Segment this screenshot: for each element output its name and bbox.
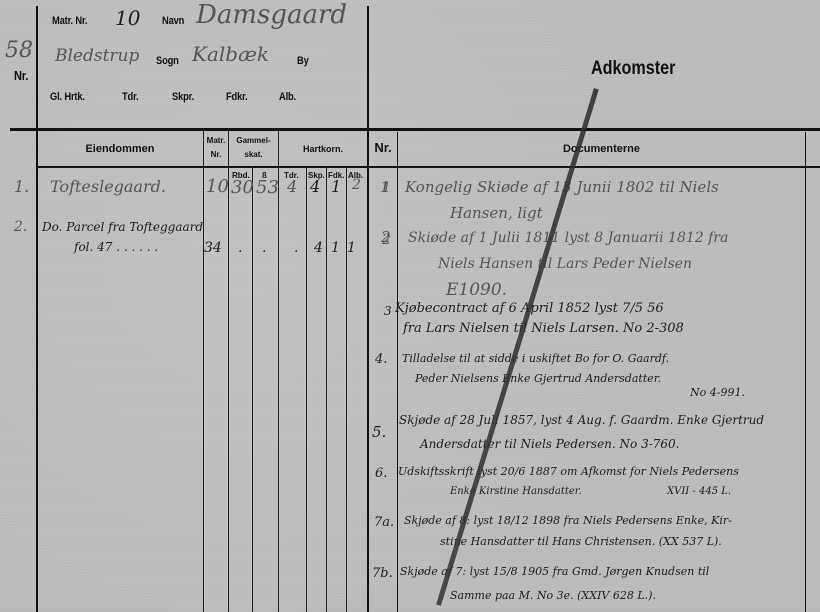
entry-line: Peder Nielsens Enke Gjertrud Andersdatte… [415, 372, 661, 385]
navn-label: Navn [162, 15, 184, 27]
row-skp: 4 [310, 177, 320, 196]
entry-line: No 4-991. [690, 386, 745, 399]
entry-line: Andersdatter til Niels Pedersen. No 3-76… [420, 437, 680, 451]
header-bottom-rule [10, 128, 820, 131]
col-header-gammelskat: Gammel-skat. [229, 134, 278, 162]
col-header-hartkorn: Hartkorn. [279, 143, 367, 156]
col-rule [252, 166, 253, 612]
row-fdk: 1 [331, 177, 341, 196]
col-rule [203, 131, 204, 612]
entry-nr: 7a. [374, 515, 394, 530]
by-label: By [297, 55, 309, 67]
entry-nr: 5. [372, 423, 386, 441]
row-eiendom-line2: fol. 47 . . . . . . [74, 240, 158, 254]
sogn-value: Kalbæk [192, 42, 269, 66]
row-alb: 2 [352, 177, 361, 193]
entry-line: Hansen, ligt [450, 204, 543, 222]
row-skill: 53 [256, 177, 279, 198]
ledger-page: 58 Nr. Matr. Nr. 10 Navn Damsgaard Bleds… [0, 0, 820, 612]
sogn-label: Sogn [156, 55, 179, 67]
row-alb: 1 [347, 240, 356, 256]
matr-nr-label: Matr. Nr. [52, 15, 87, 27]
skpr-label: Skpr. [172, 91, 194, 103]
row-tdr: . [294, 240, 298, 256]
gl-hrtk-label: Gl. Hrtk. [50, 91, 85, 103]
row-eiendom: Do. Parcel fra Tofteggaard [42, 220, 203, 234]
col-header-matr-nr: Matr. Nr. [204, 134, 228, 162]
right-rule [805, 132, 806, 612]
entry-line: E1090. [446, 280, 507, 300]
entry-nr: 7b. [372, 566, 393, 581]
entry-nr: 4. [375, 352, 387, 367]
left-margin-rule [36, 6, 38, 612]
row-matr: 34 [204, 240, 222, 256]
col-rule [326, 166, 327, 612]
col-rule [306, 166, 307, 612]
entry-line: Skjøde af 28 Juli 1857, lyst 4 Aug. f. G… [399, 413, 764, 427]
row-rbd: . [238, 240, 242, 256]
nr-label: Nr. [14, 68, 28, 83]
col-header-nr: Nr. [369, 141, 397, 154]
entry-nr: 1 [382, 180, 391, 196]
fdkr-label: Fdkr. [226, 91, 248, 103]
row-nr: 1. [14, 177, 29, 196]
page-number: 58 [5, 38, 33, 63]
entry-line: stine Hansdatter til Hans Christensen. (… [440, 535, 722, 548]
row-tdr: 4 [287, 177, 297, 196]
row-eiendom: Tofteslegaard. [50, 177, 166, 196]
row-matr: 10 [206, 176, 229, 197]
herred-value: Bledstrup [55, 46, 139, 66]
row-skp: 4 [314, 240, 323, 256]
entry-line: Skjøde af 8: lyst 18/12 1898 fra Niels P… [404, 514, 732, 527]
entry-nr: 2 [382, 232, 391, 248]
tdr-label: Tdr. [122, 91, 138, 103]
alb-label: Alb. [279, 91, 296, 103]
col-header-documenterne: Documenterne [398, 143, 805, 156]
nr-column-rule [397, 132, 398, 612]
column-header-rule [36, 166, 820, 168]
col-rule [346, 166, 347, 612]
entry-line: Samme paa M. No 3e. (XXIV 628 L.). [450, 589, 656, 602]
entry-line: Udskiftsskrift lyst 20/6 1887 om Afkomst… [398, 465, 739, 478]
col-rule [228, 131, 229, 612]
navn-value: Damsgaard [196, 0, 347, 30]
row-nr: 2. [14, 219, 27, 235]
entry-line: Niels Hansen til Lars Peder Nielsen [438, 256, 692, 272]
entry-line: XVII - 445 L. [667, 486, 731, 497]
col-header-eiendommen: Eiendommen [37, 143, 203, 156]
entry-nr: 3 [384, 304, 392, 318]
row-fdk: 1 [331, 240, 340, 256]
entry-line: Tilladelse til at sidde i uskiftet Bo fo… [402, 352, 669, 365]
entry-line: fra Lars Nielsen til Niels Larsen. No 2-… [403, 321, 684, 336]
center-rule [367, 6, 369, 612]
entry-nr: 6. [375, 466, 387, 481]
section-title: Adkomster [591, 58, 675, 80]
row-rbd: 30 [231, 177, 254, 198]
matr-nr-value: 10 [115, 6, 140, 30]
entry-line: Skiøde af 1 Julii 1811 lyst 8 Januarii 1… [408, 230, 728, 246]
col-rule [278, 131, 279, 612]
row-skill: . [262, 240, 266, 256]
